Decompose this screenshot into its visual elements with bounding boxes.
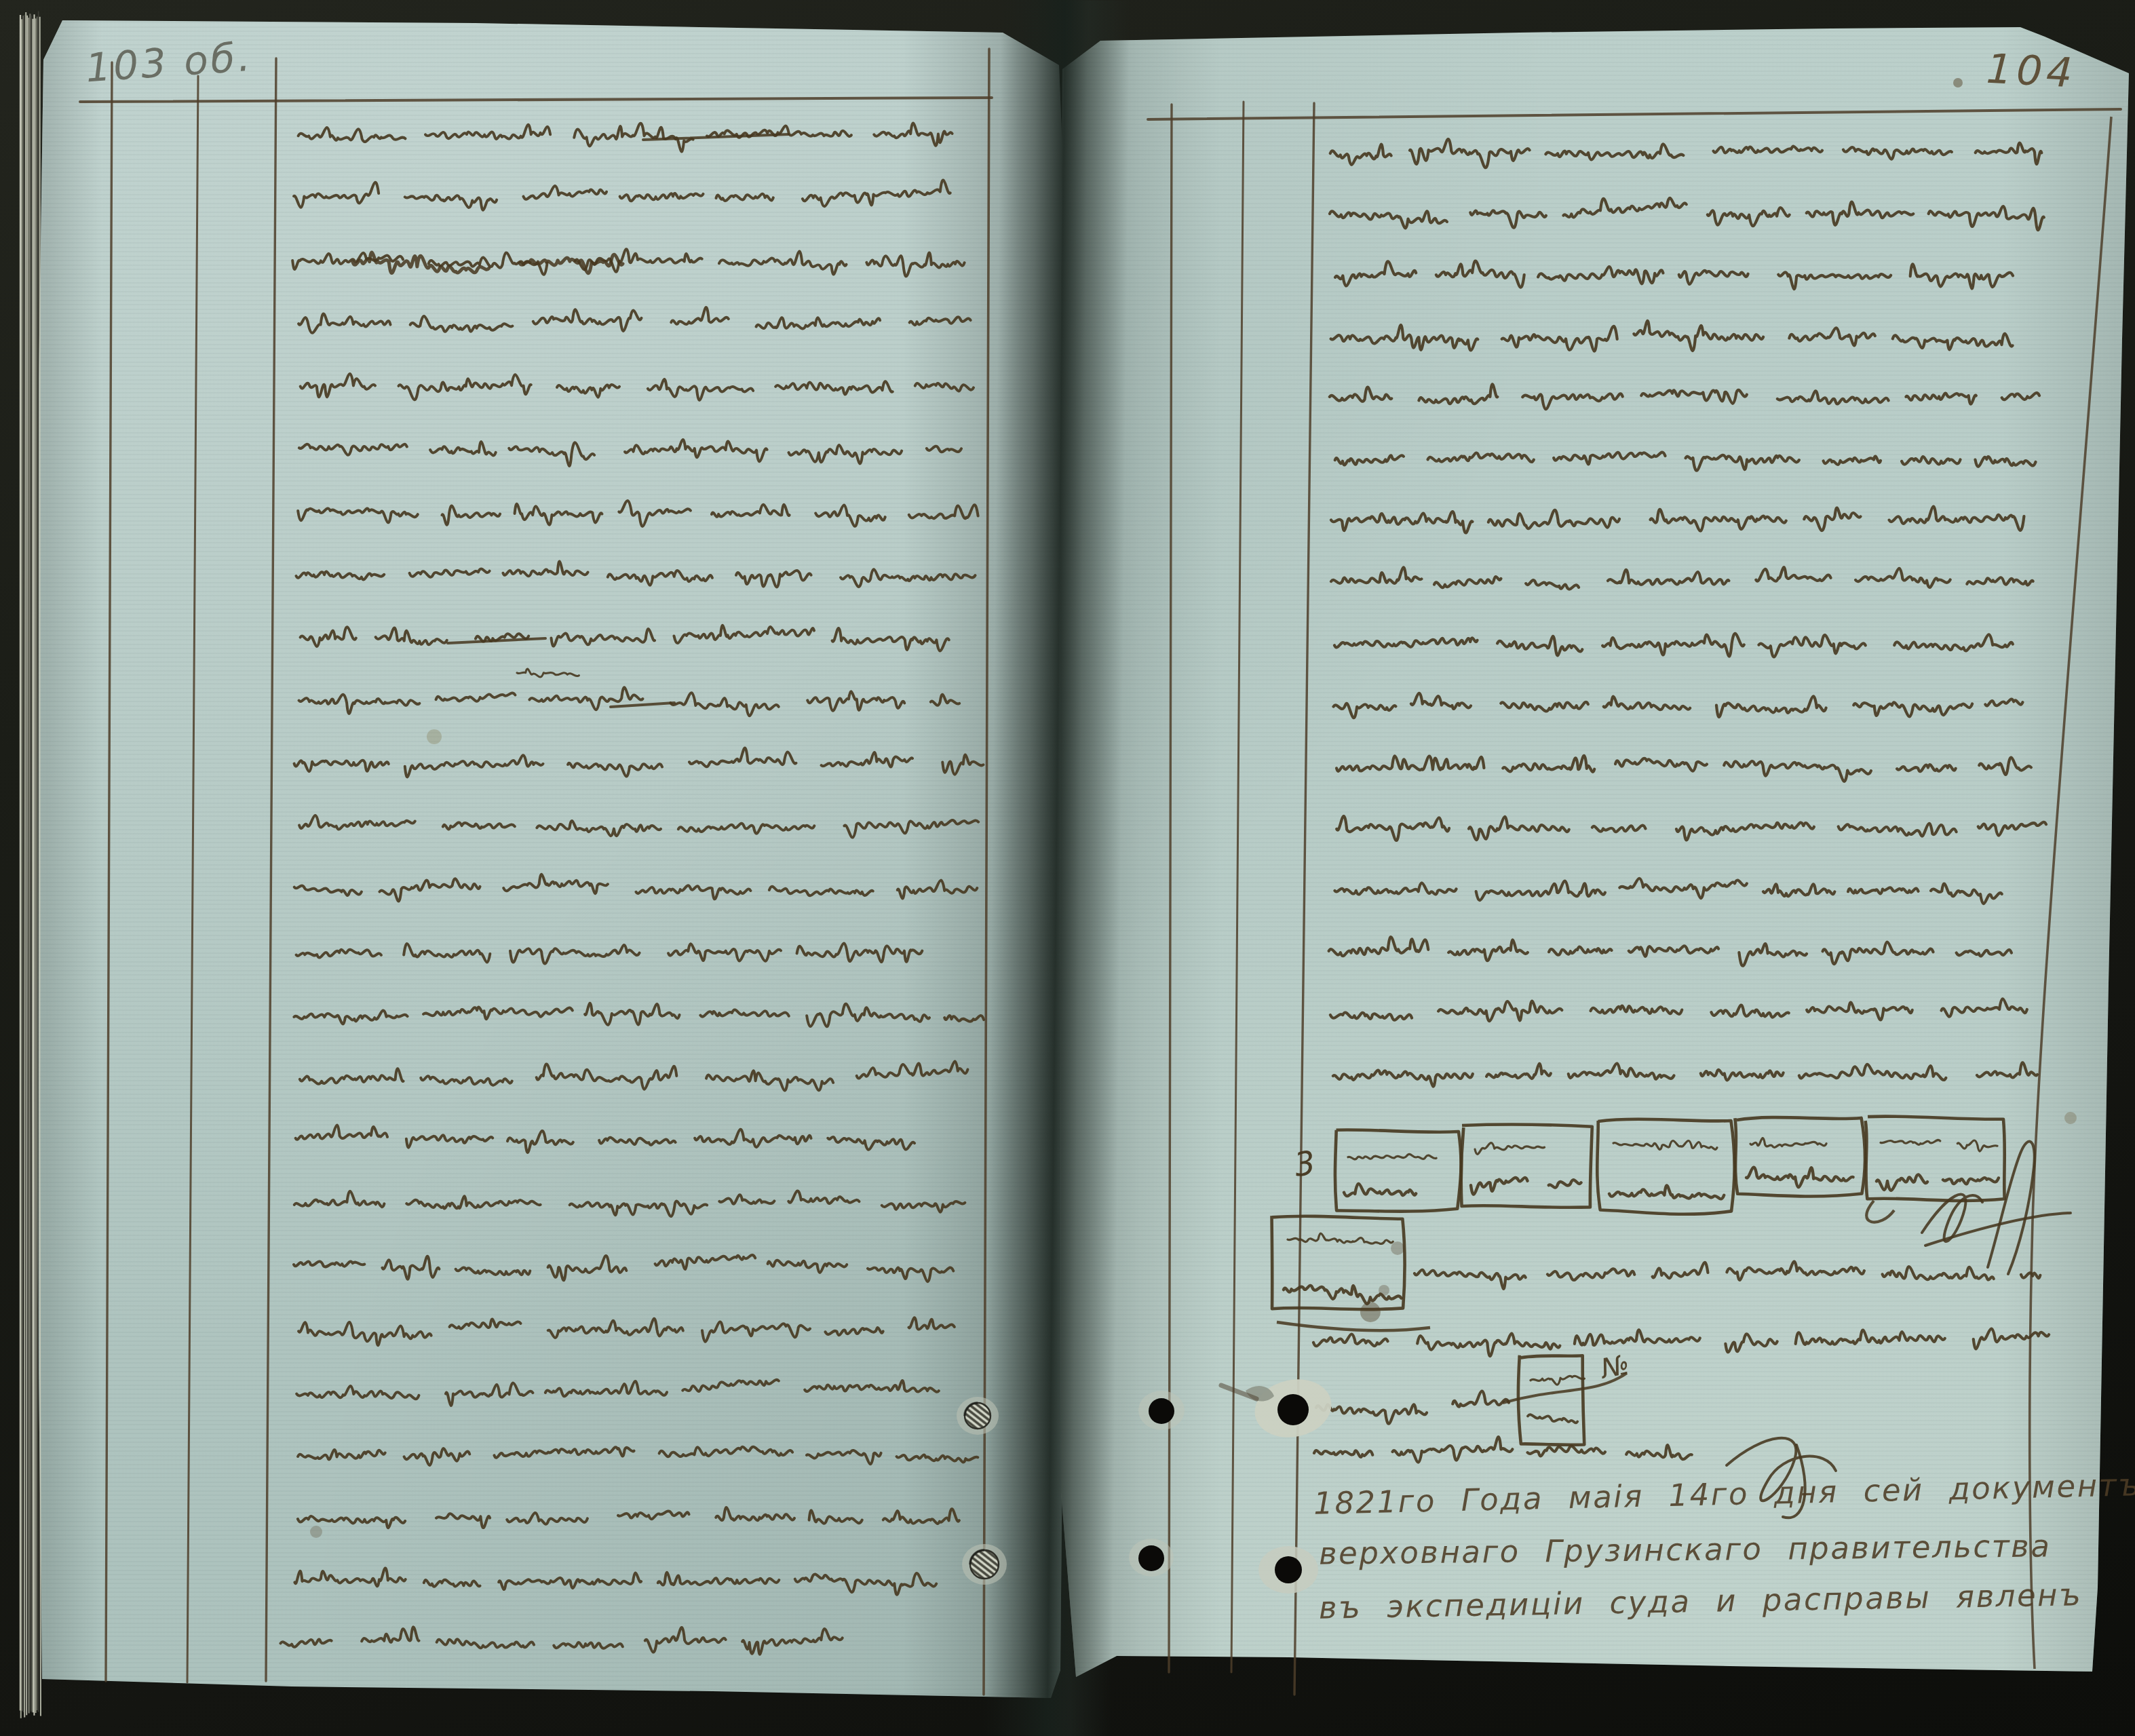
manuscript-scan: 103 об. 104 3 № 1821го Года маія 14го дн… [0,0,2135,1736]
